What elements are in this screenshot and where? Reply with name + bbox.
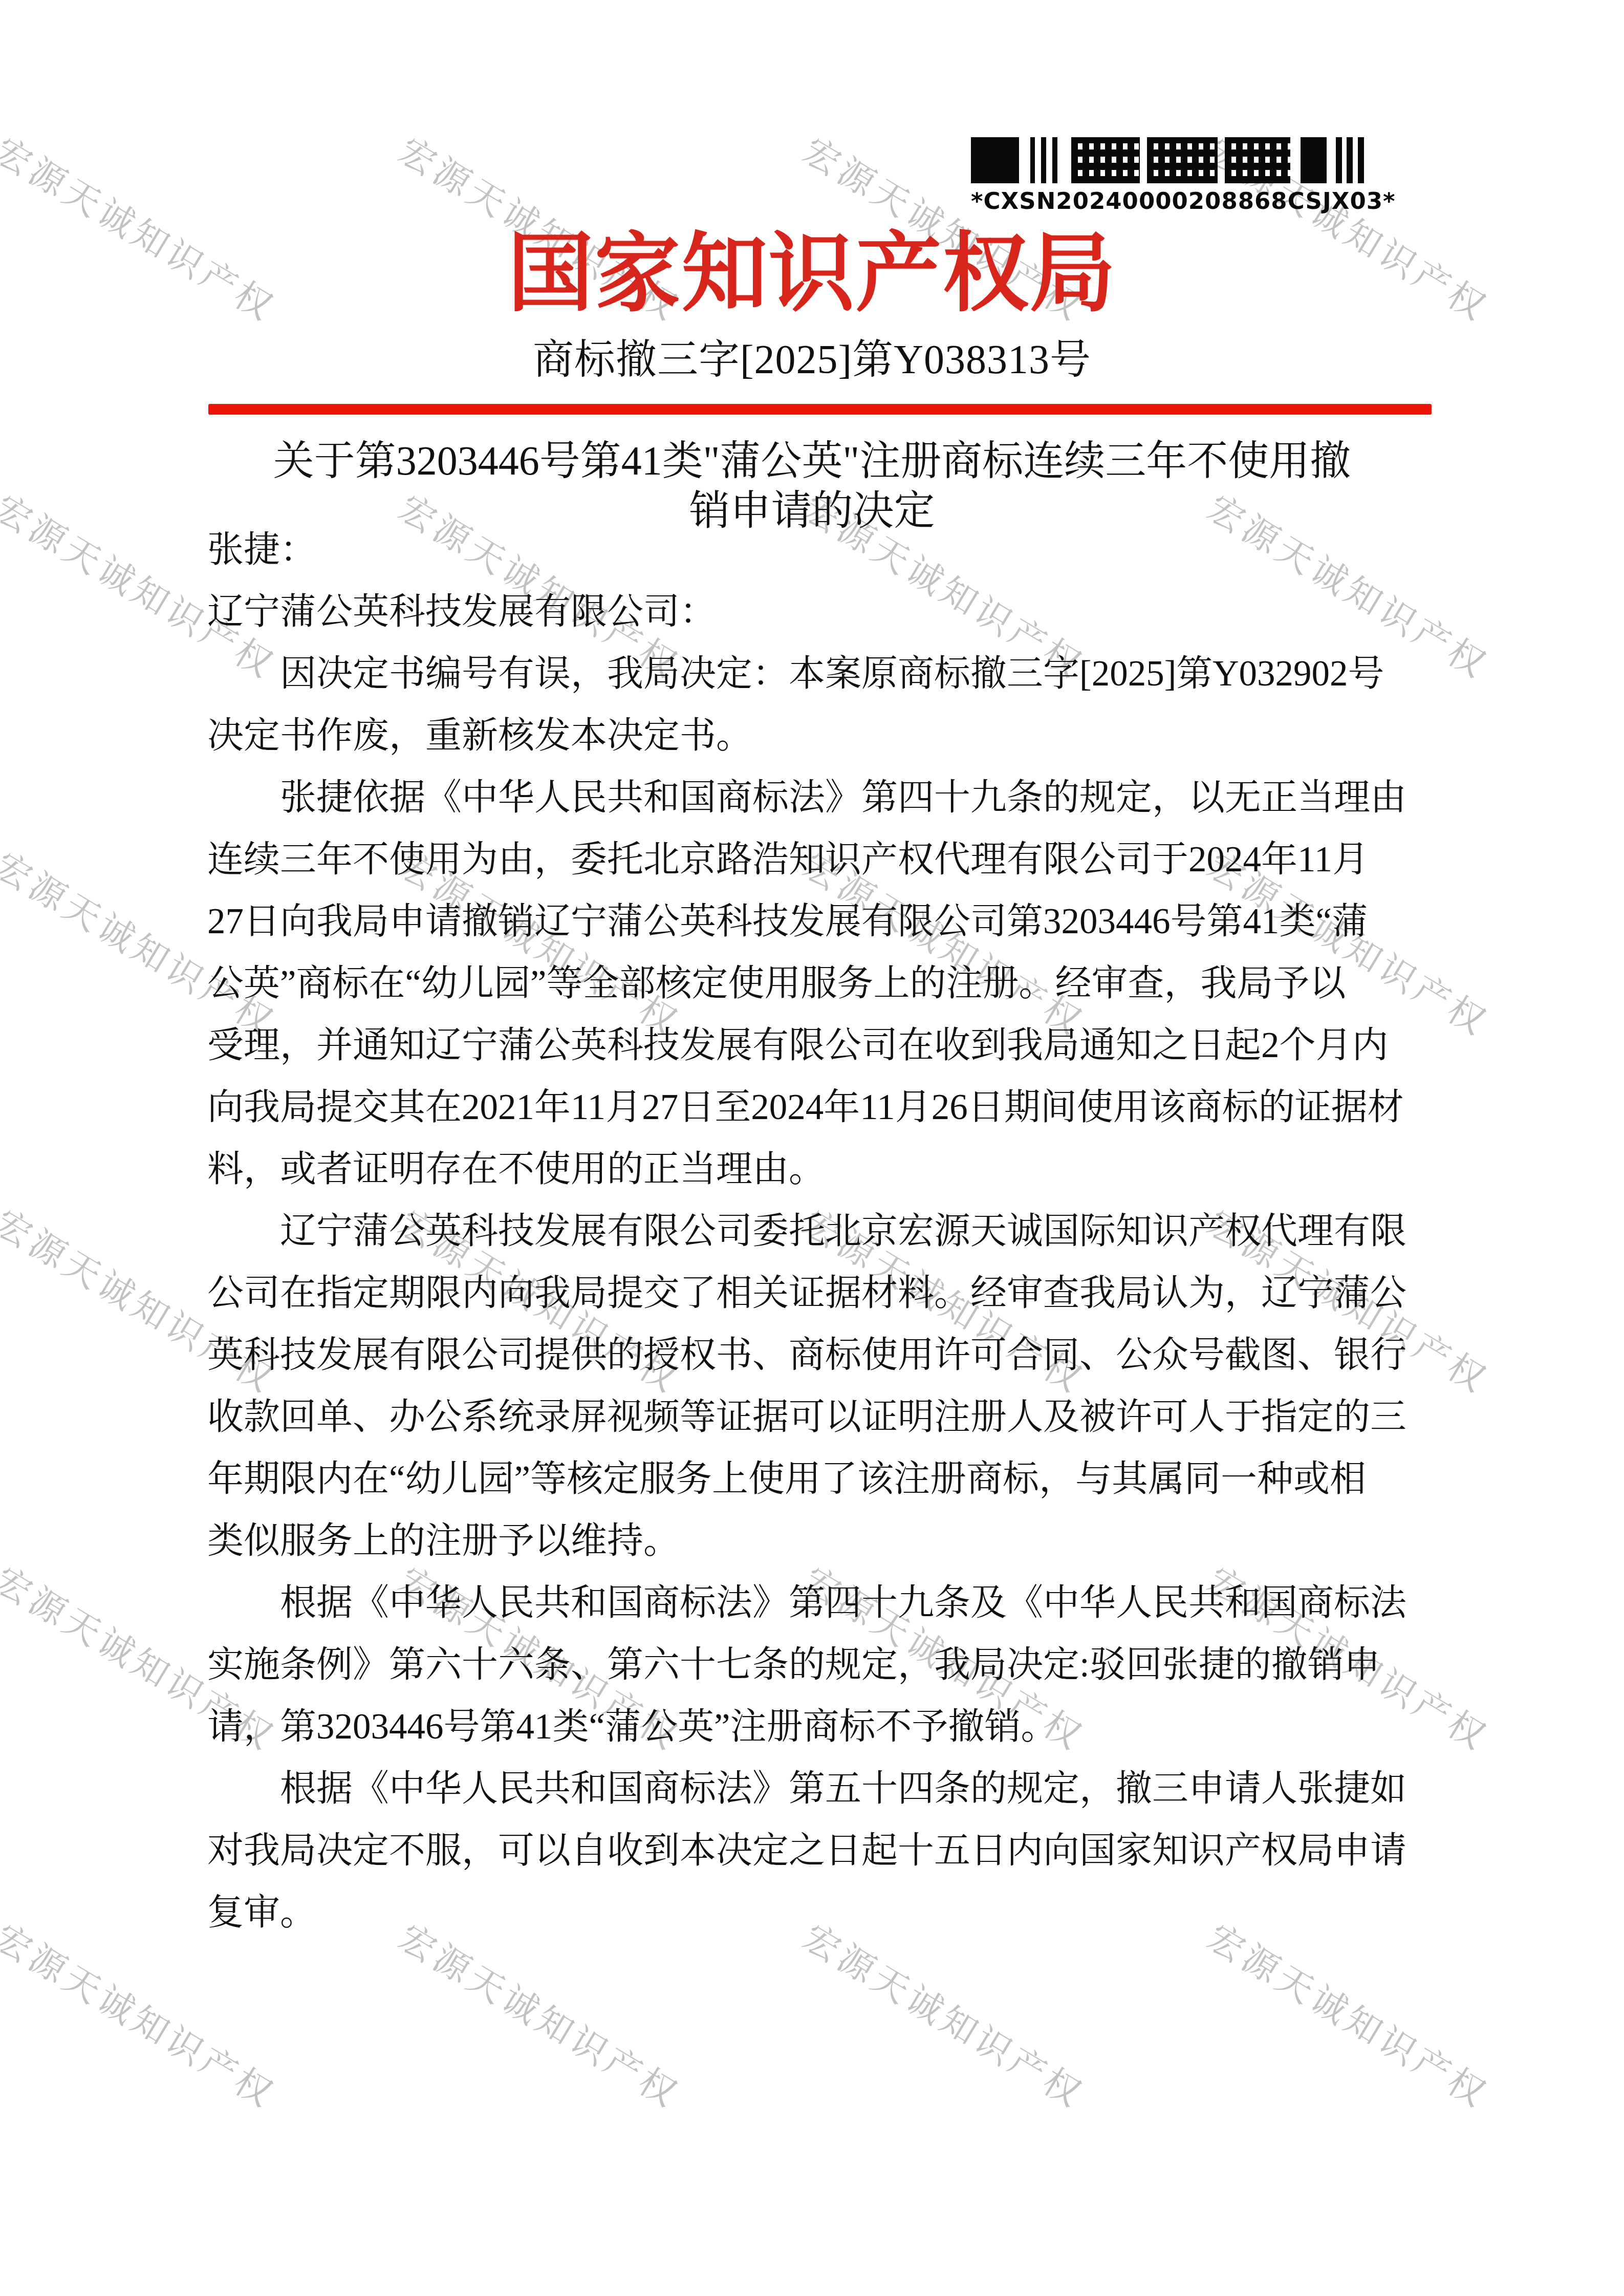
barcode-segment-matrix xyxy=(1147,137,1218,183)
body-line: 请，第3203446号第41类“蒲公英”注册商标不予撤销。 xyxy=(207,1696,1446,1758)
body-line: 决定书作废，重新核发本决定书。 xyxy=(207,705,1446,767)
barcode-segment-bar xyxy=(1052,137,1057,183)
body-line: 向我局提交其在2021年11月27日至2024年11月26日期间使用该商标的证据… xyxy=(207,1077,1446,1139)
body-line: 公英”商标在“幼儿园”等全部核定使用服务上的注册。经审查，我局予以 xyxy=(207,953,1446,1015)
barcode-segment-bar xyxy=(1030,137,1035,183)
barcode-segment-bar xyxy=(1347,137,1353,183)
barcode-segment-bar xyxy=(1358,137,1364,183)
red-divider-rule xyxy=(208,404,1432,415)
body-line: 受理，并通知辽宁蒲公英科技发展有限公司在收到我局通知之日起2个月内 xyxy=(207,1015,1446,1077)
body-line: 实施条例》第六十六条、第六十七条的规定，我局决定:驳回张捷的撤销申 xyxy=(207,1634,1446,1696)
decision-body: 张捷：辽宁蒲公英科技发展有限公司：因决定书编号有误，我局决定：本案原商标撤三字[… xyxy=(207,519,1446,1944)
barcode-segment-gap xyxy=(1057,137,1072,183)
body-line: 年期限内在“幼儿园”等核定服务上使用了该注册商标，与其属同一种或相 xyxy=(207,1448,1446,1510)
barcode-segment-gap xyxy=(1342,137,1347,183)
body-line: 因决定书编号有误，我局决定：本案原商标撤三字[2025]第Y032902号 xyxy=(207,643,1446,705)
barcode-segment-gap xyxy=(1140,137,1147,183)
body-line: 公司在指定期限内向我局提交了相关证据材料。经审查我局认为，辽宁蒲公 xyxy=(207,1262,1446,1324)
body-line: 料，或者证明存在不使用的正当理由。 xyxy=(207,1139,1446,1200)
body-line: 连续三年不使用为由，委托北京路浩知识产权代理有限公司于2024年11月 xyxy=(207,829,1446,891)
barcode-segment-gap xyxy=(1327,137,1336,183)
body-line: 辽宁蒲公英科技发展有限公司委托北京宏源天诚国际知识产权代理有限 xyxy=(207,1200,1446,1262)
barcode-segment-gap xyxy=(1046,137,1052,183)
barcode-segment-solid xyxy=(971,137,1019,183)
barcode-value: *CXSN20240000208868CSJX03* xyxy=(971,187,1364,214)
subject-line-1: 关于第3203446号第41类"蒲公英"注册商标连续三年不使用撤 xyxy=(0,437,1624,486)
scanned-document-page: 宏源天诚知识产权宏源天诚知识产权宏源天诚知识产权宏源天诚知识产权宏源天诚知识产权… xyxy=(0,0,1624,2296)
document-number: 商标撤三字[2025]第Y038313号 xyxy=(0,335,1624,384)
body-line: 27日向我局申请撤销辽宁蒲公英科技发展有限公司第3203446号第41类“蒲 xyxy=(207,891,1446,953)
barcode-segment-gap xyxy=(1218,137,1225,183)
body-line: 复审。 xyxy=(207,1882,1446,1944)
barcode-bars xyxy=(971,137,1364,183)
barcode-segment-matrix xyxy=(1225,137,1290,183)
body-line: 根据《中华人民共和国商标法》第五十四条的规定，撤三申请人张捷如 xyxy=(207,1758,1446,1820)
issuing-authority-title: 国家知识产权局 xyxy=(0,229,1624,319)
barcode-segment-gap xyxy=(1353,137,1358,183)
body-line: 英科技发展有限公司提供的授权书、商标使用许可合同、公众号截图、银行 xyxy=(207,1324,1446,1386)
body-line: 张捷依据《中华人民共和国商标法》第四十九条的规定，以无正当理由 xyxy=(207,767,1446,829)
barcode-block: *CXSN20240000208868CSJX03* xyxy=(971,137,1364,214)
body-line: 类似服务上的注册予以维持。 xyxy=(207,1510,1446,1572)
barcode-segment-bar xyxy=(1041,137,1046,183)
barcode-segment-gap xyxy=(1035,137,1041,183)
body-line: 辽宁蒲公英科技发展有限公司： xyxy=(207,581,1446,643)
body-line: 收款回单、办公系统录屏视频等证据可以证明注册人及被许可人于指定的三 xyxy=(207,1386,1446,1448)
body-line: 对我局决定不服，可以自收到本决定之日起十五日内向国家知识产权局申请 xyxy=(207,1820,1446,1882)
body-line: 张捷： xyxy=(207,519,1446,581)
barcode-segment-bar xyxy=(1336,137,1342,183)
body-line: 根据《中华人民共和国商标法》第四十九条及《中华人民共和国商标法 xyxy=(207,1572,1446,1634)
barcode-segment-gap xyxy=(1290,137,1301,183)
barcode-segment-solid xyxy=(1301,137,1327,183)
barcode-segment-matrix xyxy=(1071,137,1139,183)
barcode-segment-gap xyxy=(1019,137,1030,183)
